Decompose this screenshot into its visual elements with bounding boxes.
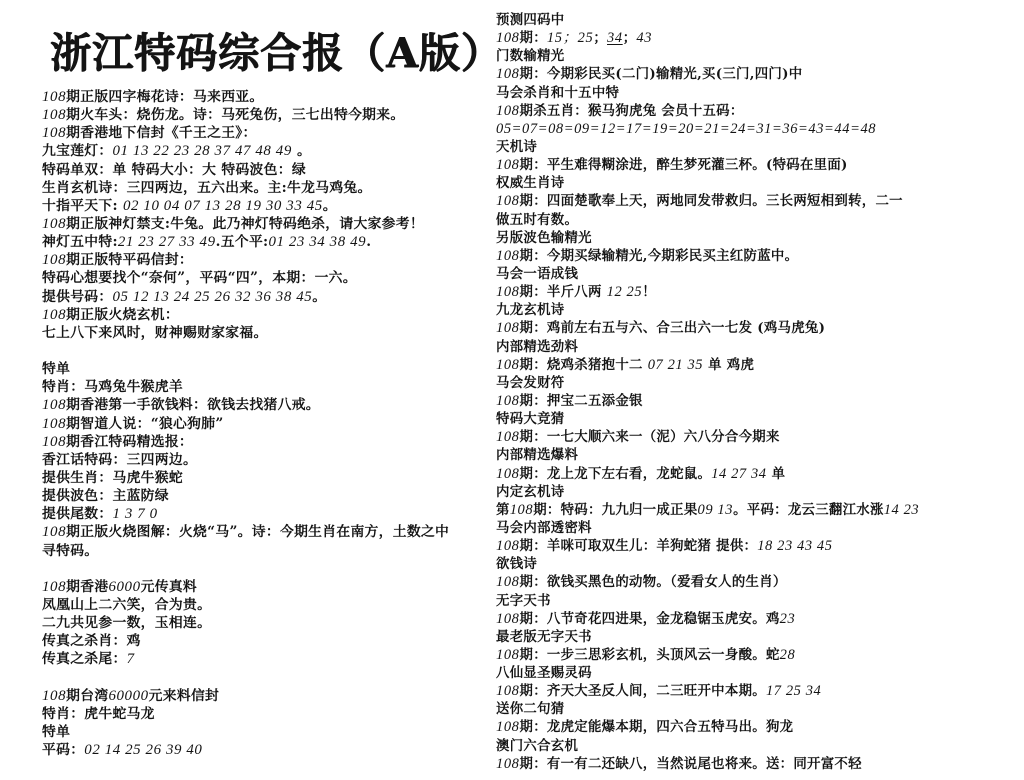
text-line: 108期正版特平码信封： <box>42 251 502 269</box>
text-line: 澳门六合玄机 <box>496 737 1022 755</box>
page-title: 浙江特码综合报（A版） <box>50 20 503 79</box>
text-line: 108期：平生难得糊涂进，醉生梦死灌三杯。(特码在里面) <box>496 156 1022 174</box>
text-line <box>42 342 502 360</box>
text-line: 特肖：虎牛蛇马龙 <box>42 705 502 723</box>
left-column: 108期正版四字梅花诗：马来西亚。108期火车头：烧伤龙。诗：马死兔伤，三七出特… <box>42 88 502 759</box>
text-line: 108期：龙虎定能爆本期，四六合五特马出。狗龙 <box>496 718 1022 736</box>
text-line: 八仙显圣赐灵码 <box>496 664 1022 682</box>
text-line: 特单 <box>42 360 502 378</box>
text-line: 做五时有数。 <box>496 211 1022 229</box>
text-line: 另版波色输精光 <box>496 229 1022 247</box>
text-line: 寻特码。 <box>42 542 502 560</box>
text-line: 马会一语成钱 <box>496 265 1022 283</box>
text-line: 特肖：马鸡兔牛猴虎羊 <box>42 378 502 396</box>
text-line: 权威生肖诗 <box>496 174 1022 192</box>
text-line: 生肖玄机诗：三四两边，五六出来。主:牛龙马鸡兔。 <box>42 179 502 197</box>
text-line: 预测四码中 <box>496 11 1022 29</box>
text-line: 108期：龙上龙下左右看，龙蛇鼠。14 27 34 单 <box>496 465 1022 483</box>
text-line: 108期：一七大顺六来一（泥）六八分合今期来 <box>496 428 1022 446</box>
text-line <box>42 560 502 578</box>
text-line: 108期：齐天大圣反人间，二三旺开中本期。17 25 34 <box>496 682 1022 700</box>
text-line: 108期香港第一手欲钱料：欲钱去找猪八戒。 <box>42 396 502 414</box>
text-line: 提供尾数：1 3 7 0 <box>42 505 502 523</box>
text-line: 特码大竞猜 <box>496 410 1022 428</box>
text-line: 香江话特码：三四两边。 <box>42 451 502 469</box>
text-line: 马会杀肖和十五中特 <box>496 84 1022 102</box>
text-line: 108期：八节奇花四进果，金龙稳锯玉虎安。鸡23 <box>496 610 1022 628</box>
text-line: 108期：四面楚歌奉上天，两地同发带救归。三长两短相到转，二一 <box>496 192 1022 210</box>
text-line: 108期：羊咪可取双生儿：羊狗蛇猪 提供：18 23 43 45 <box>496 537 1022 555</box>
text-line: 提供号码：05 12 13 24 25 26 32 36 38 45。 <box>42 288 502 306</box>
text-line: 九宝莲灯：01 13 22 23 28 37 47 48 49 。 <box>42 142 502 160</box>
text-line: 第108期：特码：九九归一成正果09 13。平码：龙云三翻江水涨14 23 <box>496 501 1022 519</box>
text-line: 108期正版火烧图解：火烧“马”。诗：今期生肖在南方，土数之中 <box>42 523 502 541</box>
text-line: 108期：有一有二还缺八，当然说尾也将来。送：同开富不轻 <box>496 755 1022 773</box>
text-line: 108期：押宝二五添金银 <box>496 392 1022 410</box>
newspaper-page: 浙江特码综合报（A版） 108期正版四字梅花诗：马来西亚。108期火车头：烧伤龙… <box>0 0 1024 780</box>
text-line: 无字天书 <box>496 592 1022 610</box>
text-line: 七上八下来风时，财神赐财家家福。 <box>42 324 502 342</box>
text-line: 108期香港6000元传真料 <box>42 578 502 596</box>
text-line: 108期台湾60000元来料信封 <box>42 687 502 705</box>
text-line: 九龙玄机诗 <box>496 301 1022 319</box>
text-line: 马会发财符 <box>496 374 1022 392</box>
text-line: 提供波色：主蓝防绿 <box>42 487 502 505</box>
text-line: 提供生肖：马虎牛猴蛇 <box>42 469 502 487</box>
text-line: 108期智道人说：“狼心狗肺” <box>42 415 502 433</box>
text-line: 108期：半斤八两 12 25！ <box>496 283 1022 301</box>
text-line: 内定玄机诗 <box>496 483 1022 501</box>
text-line: 108期：鸡前左右五与六、合三出六一七发 (鸡马虎兔) <box>496 319 1022 337</box>
text-line: 108期：今期彩民买(二门)输精光,买(三门,四门)中 <box>496 65 1022 83</box>
text-line: 108期：15；25；34；43 <box>496 29 1022 47</box>
text-line: 送你二句猜 <box>496 700 1022 718</box>
text-line: 108期：今期买绿输精光,今期彩民买主红防蓝中。 <box>496 247 1022 265</box>
text-line: 108期：烧鸡杀猪抱十二 07 21 35 单 鸡虎 <box>496 356 1022 374</box>
text-line: 凤凰山上二六笑，合为贵。 <box>42 596 502 614</box>
text-line: 05=07=08=09=12=17=19=20=21=24=31=36=43=4… <box>496 120 1022 138</box>
text-line: 平码：02 14 25 26 39 40 <box>42 741 502 759</box>
text-line: 108期杀五肖：猴马狗虎兔 会员十五码： <box>496 102 1022 120</box>
text-line: 神灯五中特:21 23 27 33 49.五个平:01 23 34 38 49. <box>42 233 502 251</box>
text-line: 特码心想要找个“奈何”，平码“四”，本期：一六。 <box>42 269 502 287</box>
text-line: 天机诗 <box>496 138 1022 156</box>
text-line: 传真之杀肖：鸡 <box>42 632 502 650</box>
text-line: 马会内部透密料 <box>496 519 1022 537</box>
text-line: 108期正版四字梅花诗：马来西亚。 <box>42 88 502 106</box>
text-line: 最老版无字天书 <box>496 628 1022 646</box>
text-line: 欲钱诗 <box>496 555 1022 573</box>
text-line: 传真之杀尾：7 <box>42 650 502 668</box>
text-line: 内部精选劲料 <box>496 338 1022 356</box>
text-line: 108期火车头：烧伤龙。诗：马死兔伤，三七出特今期来。 <box>42 106 502 124</box>
text-line: 108期香港地下信封《千王之王》： <box>42 124 502 142</box>
text-line: 门数输精光 <box>496 47 1022 65</box>
text-line: 内部精选爆料 <box>496 446 1022 464</box>
text-line: 108期：一步三思彩玄机，头顶风云一身酸。蛇28 <box>496 646 1022 664</box>
text-line: 108期：欲钱买黑色的动物。（爱看女人的生肖） <box>496 573 1022 591</box>
text-line: 特码单双：单 特码大小：大 特码波色：绿 <box>42 161 502 179</box>
text-line: 二九共见参一数，玉相连。 <box>42 614 502 632</box>
text-line: 特单 <box>42 723 502 741</box>
text-line: 108期正版神灯禁支:牛兔。此乃神灯特码绝杀，请大家参考！ <box>42 215 502 233</box>
text-line <box>42 669 502 687</box>
right-column: 预测四码中108期：15；25；34；43门数输精光108期：今期彩民买(二门)… <box>496 11 1022 773</box>
text-line: 108期正版火烧玄机： <box>42 306 502 324</box>
text-line: 108期香江特码精选报： <box>42 433 502 451</box>
text-line: 十指平天下: 02 10 04 07 13 28 19 30 33 45。 <box>42 197 502 215</box>
